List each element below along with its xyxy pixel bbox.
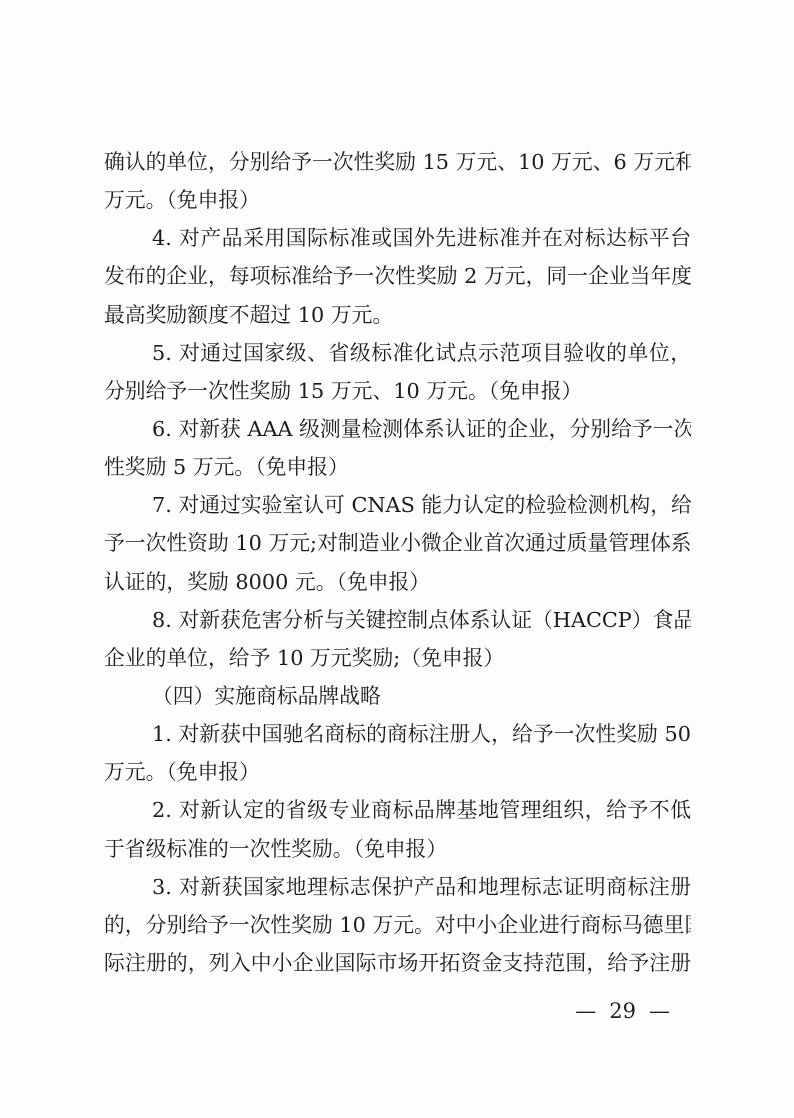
page-number: 29 [609,997,636,1025]
section-heading-line: （四）实施商标品牌战略 [104,677,691,715]
document-line: 3. 对新获国家地理标志保护产品和地理标志证明商标注册 [104,868,691,906]
document-line: 5. 对通过国家级、省级标准化试点示范项目验收的单位， [104,334,691,372]
paragraph-item-6: 6. 对新获 AAA 级测量检测体系认证的企业，分别给予一次 性奖励 5 万元。… [104,410,691,486]
paragraph-item-5: 5. 对通过国家级、省级标准化试点示范项目验收的单位， 分别给予一次性奖励 15… [104,334,691,410]
section-heading-4: （四）实施商标品牌战略 [104,677,691,715]
document-line: 6. 对新获 AAA 级测量检测体系认证的企业，分别给予一次 [104,410,691,448]
document-line: 认证的，奖励 8000 元。（免申报） [104,563,691,601]
paragraph-item-4: 4. 对产品采用国际标准或国外先进标准并在对标达标平台 发布的企业，每项标准给予… [104,219,691,333]
paragraph-item-7: 7. 对通过实验室认可 CNAS 能力认定的检验检测机构，给 予一次性资助 10… [104,486,691,600]
document-line: 8. 对新获危害分析与关键控制点体系认证（HACCP）食品 [104,601,691,639]
document-body: 确认的单位，分别给予一次性奖励 15 万元、10 万元、6 万元和 3 万元。（… [104,143,691,982]
document-line: 发布的企业，每项标准给予一次性奖励 2 万元，同一企业当年度 [104,257,691,295]
paragraph-continuation: 确认的单位，分别给予一次性奖励 15 万元、10 万元、6 万元和 3 万元。（… [104,143,691,219]
document-line: 性奖励 5 万元。（免申报） [104,448,691,486]
footer-dash-left: — [575,997,596,1025]
document-line: 万元。（免申报） [104,753,691,791]
document-line: 7. 对通过实验室认可 CNAS 能力认定的检验检测机构，给 [104,486,691,524]
document-line: 分别给予一次性奖励 15 万元、10 万元。（免申报） [104,372,691,410]
paragraph-item-1: 1. 对新获中国驰名商标的商标注册人，给予一次性奖励 50 万元。（免申报） [104,715,691,791]
document-line: 4. 对产品采用国际标准或国外先进标准并在对标达标平台 [104,219,691,257]
paragraph-item-8: 8. 对新获危害分析与关键控制点体系认证（HACCP）食品 企业的单位，给予 1… [104,601,691,677]
document-line: 确认的单位，分别给予一次性奖励 15 万元、10 万元、6 万元和 3 [104,143,691,181]
document-line: 的，分别给予一次性奖励 10 万元。对中小企业进行商标马德里国 [104,906,691,944]
page-footer: — 29 — [575,997,670,1025]
paragraph-item-2: 2. 对新认定的省级专业商标品牌基地管理组织，给予不低 于省级标准的一次性奖励。… [104,791,691,867]
document-page: 确认的单位，分别给予一次性奖励 15 万元、10 万元、6 万元和 3 万元。（… [0,0,794,1118]
document-line: 万元。（免申报） [104,181,691,219]
paragraph-item-3: 3. 对新获国家地理标志保护产品和地理标志证明商标注册 的，分别给予一次性奖励 … [104,868,691,982]
document-line: 予一次性资助 10 万元;对制造业小微企业首次通过质量管理体系 [104,524,691,562]
document-line: 1. 对新获中国驰名商标的商标注册人，给予一次性奖励 50 [104,715,691,753]
document-line: 最高奖励额度不超过 10 万元。 [104,296,691,334]
document-line: 企业的单位，给予 10 万元奖励;（免申报） [104,639,691,677]
document-line: 于省级标准的一次性奖励。（免申报） [104,830,691,868]
document-line: 2. 对新认定的省级专业商标品牌基地管理组织，给予不低 [104,791,691,829]
footer-dash-right: — [649,997,670,1025]
document-line: 际注册的，列入中小企业国际市场开拓资金支持范围，给予注册 [104,944,691,982]
